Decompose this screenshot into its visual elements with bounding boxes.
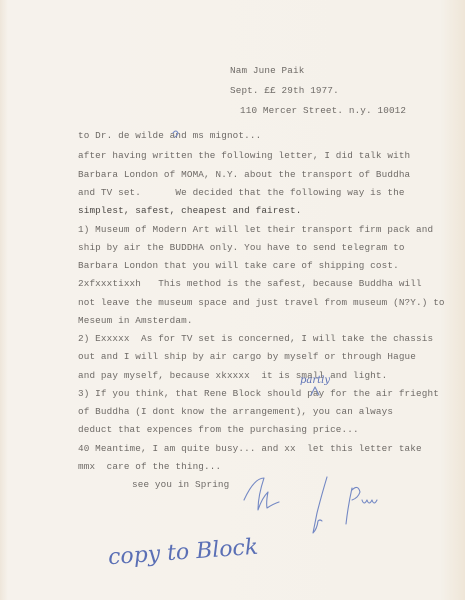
letter-page: Nam June Paik Sept. ££ 29th 1977. 110 Me… <box>0 0 465 600</box>
signature-icon <box>0 0 465 600</box>
